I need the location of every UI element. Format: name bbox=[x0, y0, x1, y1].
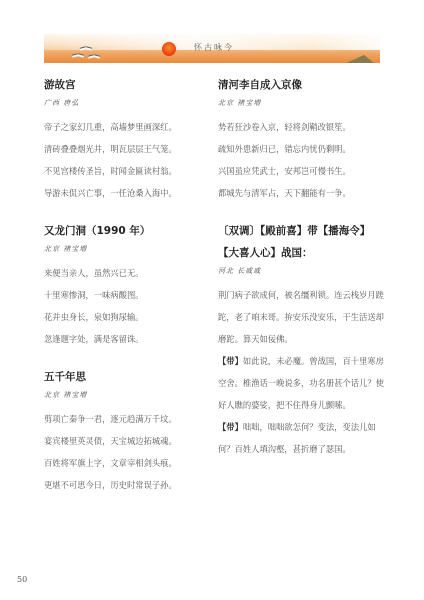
poem-block: 五千年思 北京 褚宝增 剪项亡秦争一君，逐元趋满万千坟。 宴宾楼里英灵债，天宝城… bbox=[44, 370, 204, 496]
qu-paragraph: 【带】如此说，未必魔。曾战国，百十里寒房空舍。椎渔话一晚说多，功名册甚个话儿？使… bbox=[218, 350, 384, 416]
qu-block: 〔双调〕【殿前喜】带【播海令】【大喜人心】战国： 河北 长戚戚 荆门病子欲成何，… bbox=[218, 220, 384, 460]
page-number: 50 bbox=[17, 575, 27, 584]
poem-block: 又龙门洞（1990 年） 北京 褚宝增 来便当亲人，虽然兴已无。 十里寒惨洞，一… bbox=[44, 224, 204, 350]
setting-sun-icon bbox=[162, 42, 176, 56]
qu-author: 河北 长戚戚 bbox=[218, 266, 384, 276]
section-header-banner: 怀古咏今 bbox=[44, 34, 380, 63]
poem-title: 又龙门洞（1990 年） bbox=[44, 224, 204, 238]
left-column: 游故宫 广西 唐弘 帝子之家幻几重，高墙梦里画深红。 清砖叠叠烟光井，明瓦层层王… bbox=[44, 78, 204, 516]
poem-line: 忽逢题字处，满是客留诛。 bbox=[44, 328, 204, 350]
poem-author: 北京 褚宝增 bbox=[218, 98, 384, 108]
poem-line: 清砖叠叠烟光井，明瓦层层王气笼。 bbox=[44, 138, 204, 160]
qu-paragraph-text: 如此说，未必魔。曾战国，百十里寒房空舍。椎渔话一晚说多，功名册甚个话儿？使好人瞧… bbox=[218, 356, 384, 410]
poem-line: 帝子之家幻几重，高墙梦里画深红。 bbox=[44, 116, 204, 138]
poem-line: 导游未侃兴亡事，一任沧桑入海中。 bbox=[44, 182, 204, 204]
poem-line: 来便当亲人，虽然兴已无。 bbox=[44, 262, 204, 284]
poem-block: 游故宫 广西 唐弘 帝子之家幻几重，高墙梦里画深红。 清砖叠叠烟光井，明瓦层层王… bbox=[44, 78, 204, 204]
poem-author: 北京 褚宝增 bbox=[44, 390, 204, 400]
poem-line: 花并虫身长，泉如狗尿输。 bbox=[44, 306, 204, 328]
crane-bird-icon bbox=[72, 52, 84, 58]
poem-line: 不见宫楼传圣旨，时闻金匾读村翁。 bbox=[44, 160, 204, 182]
poem-line: 疏知外患新归已，错忘内忧仍剩明。 bbox=[218, 138, 384, 160]
qu-tag: 【带】 bbox=[218, 356, 243, 366]
poem-author: 广西 唐弘 bbox=[44, 98, 204, 108]
crane-bird-icon bbox=[80, 45, 92, 51]
poem-title: 五千年思 bbox=[44, 370, 204, 384]
poem-line: 剪项亡秦争一君，逐元趋满万千坟。 bbox=[44, 408, 204, 430]
poem-line: 兴国虽应凭武士，安邦岂可慢书生。 bbox=[218, 160, 384, 182]
qu-paragraph-text: 荆门病子欲成何，被名缰利锁。连云栈岁月蹉跎，老了咱末哥。拚安乐没安乐，干生活送却… bbox=[218, 290, 384, 344]
poem-block: 清河李自成入京像 北京 褚宝增 势若狂沙卷入京，轻将剑鞘改银笙。 疏知外患新归已… bbox=[218, 78, 384, 204]
mountain-icon bbox=[346, 55, 374, 63]
qu-tag: 【带】 bbox=[218, 422, 243, 432]
poem-line: 都城先与清军占，天下翻能有一争。 bbox=[218, 182, 384, 204]
poem-line: 宴宾楼里英灵债，天宝城边拓城魂。 bbox=[44, 430, 204, 452]
qu-title: 〔双调〕【殿前喜】带【播海令】【大喜人心】战国： bbox=[218, 220, 384, 264]
qu-paragraph: 【带】咄咄，咄咄欲怎何？变法，变法儿如何？百姓人填沟壑，甚折磨了瑟国。 bbox=[218, 416, 384, 460]
poem-line: 势若狂沙卷入京，轻将剑鞘改银笙。 bbox=[218, 116, 384, 138]
crane-bird-icon bbox=[88, 53, 100, 59]
poem-title: 清河李自成入京像 bbox=[218, 78, 384, 92]
poem-line: 百姓将军旗上字，文章宰相剑头痕。 bbox=[44, 452, 204, 474]
poem-author: 北京 褚宝增 bbox=[44, 244, 204, 254]
poem-line: 十里寒惨洞，一味病酸图。 bbox=[44, 284, 204, 306]
poem-line: 更堪不可思今日，历史时常误子孙。 bbox=[44, 474, 204, 496]
section-title: 怀古咏今 bbox=[194, 42, 234, 53]
qu-paragraph: 荆门病子欲成何，被名缰利锁。连云栈岁月蹉跎，老了咱末哥。拚安乐没安乐，干生活送却… bbox=[218, 284, 384, 350]
right-column: 清河李自成入京像 北京 褚宝增 势若狂沙卷入京，轻将剑鞘改银笙。 疏知外患新归已… bbox=[218, 78, 384, 480]
poem-title: 游故宫 bbox=[44, 78, 204, 92]
